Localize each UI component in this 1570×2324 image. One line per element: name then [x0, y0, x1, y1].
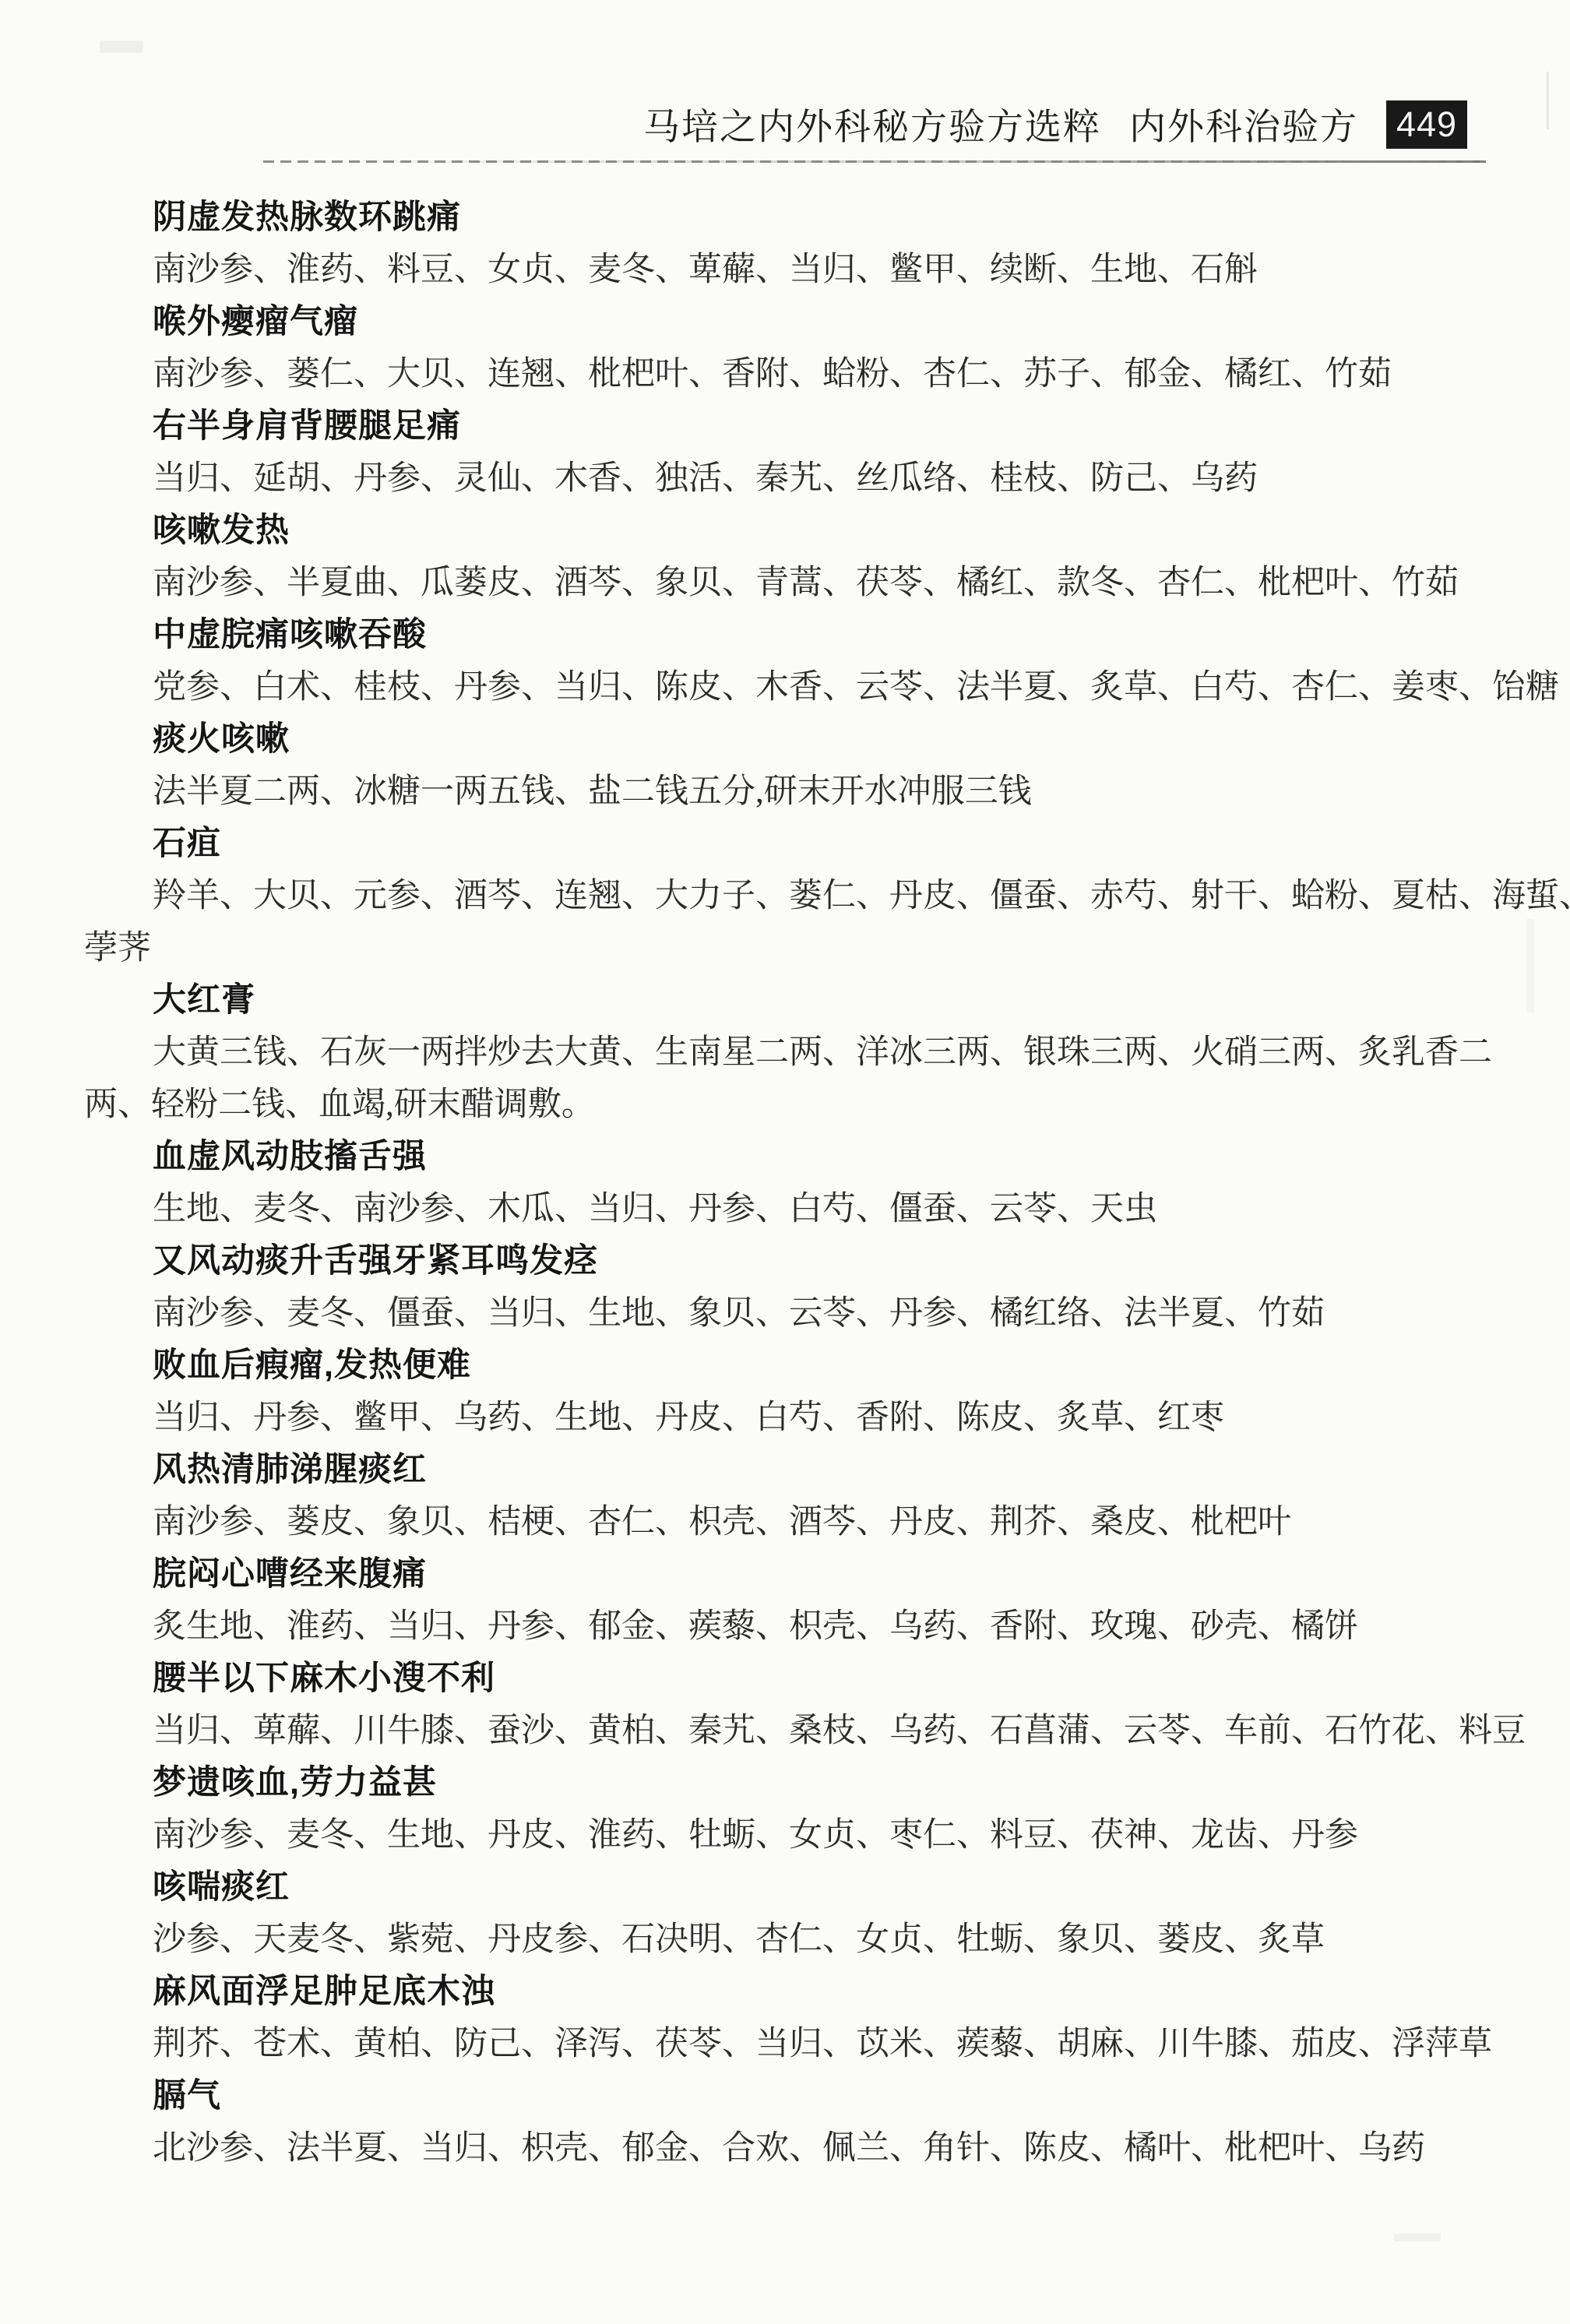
page-number-badge: 449: [1386, 100, 1467, 149]
recipe-section: 风热清肺涕腥痰红 南沙参、蒌皮、象贝、桔梗、杏仁、枳壳、酒芩、丹皮、荆芥、桑皮、…: [84, 1444, 1494, 1548]
ingredient-line: 南沙参、半夏曲、瓜蒌皮、酒芩、象贝、青蒿、茯苓、橘红、款冬、杏仁、枇杷叶、竹茹: [84, 557, 1494, 609]
recipe-section: 大红膏 大黄三钱、石灰一两拌炒去大黄、生南星二两、洋冰三两、银珠三两、火硝三两、…: [84, 974, 1494, 1131]
ingredient-line: 当归、丹参、鳖甲、乌药、生地、丹皮、白芍、香附、陈皮、炙草、红枣: [84, 1392, 1494, 1444]
recipe-section: 右半身肩背腰腿足痛 当归、延胡、丹参、灵仙、木香、独活、秦艽、丝瓜络、桂枝、防己…: [84, 400, 1494, 505]
recipe-section: 败血后瘕瘤,发热便难 当归、丹参、鳖甲、乌药、生地、丹皮、白芍、香附、陈皮、炙草…: [84, 1340, 1494, 1444]
ingredient-line: 党参、白术、桂枝、丹参、当归、陈皮、木香、云苓、法半夏、炙草、白芍、杏仁、姜枣、…: [84, 661, 1494, 713]
ingredient-line: 南沙参、麦冬、生地、丹皮、淮药、牡蛎、女贞、枣仁、料豆、茯神、龙齿、丹参: [84, 1809, 1494, 1861]
recipe-heading: 风热清肺涕腥痰红: [84, 1444, 1494, 1496]
recipe-section: 中虚脘痛咳嗽吞酸 党参、白术、桂枝、丹参、当归、陈皮、木香、云苓、法半夏、炙草、…: [84, 609, 1494, 713]
recipe-heading: 右半身肩背腰腿足痛: [84, 400, 1494, 452]
page-header: 马培之内外科秘方验方选粹 内外科治验方 449: [0, 98, 1467, 150]
ingredient-line: 当归、萆薢、川牛膝、蚕沙、黄柏、秦艽、桑枝、乌药、石菖蒲、云苓、车前、石竹花、料…: [84, 1705, 1494, 1757]
ingredient-line: 炙生地、淮药、当归、丹参、郁金、蒺藜、枳壳、乌药、香附、玫瑰、砂壳、橘饼: [84, 1600, 1494, 1653]
ingredient-line: 当归、延胡、丹参、灵仙、木香、独活、秦艽、丝瓜络、桂枝、防己、乌药: [84, 452, 1494, 505]
recipe-section: 腰半以下麻木小溲不利 当归、萆薢、川牛膝、蚕沙、黄柏、秦艽、桑枝、乌药、石菖蒲、…: [84, 1653, 1494, 1757]
ingredient-line: 北沙参、法半夏、当归、枳壳、郁金、合欢、佩兰、角针、陈皮、橘叶、枇杷叶、乌药: [84, 2122, 1494, 2174]
recipe-heading: 败血后瘕瘤,发热便难: [84, 1340, 1494, 1392]
ingredient-line: 荆芥、苍术、黄柏、防己、泽泻、茯苓、当归、苡米、蒺藜、胡麻、川牛膝、茄皮、浮萍草: [84, 2018, 1494, 2070]
recipe-heading: 中虚脘痛咳嗽吞酸: [84, 609, 1494, 661]
recipe-heading: 阴虚发热脉数环跳痛: [84, 192, 1494, 244]
recipe-section: 又风动痰升舌强牙紧耳鸣发痉 南沙参、麦冬、僵蚕、当归、生地、象贝、云苓、丹参、橘…: [84, 1235, 1494, 1340]
scan-streak: [1547, 72, 1549, 129]
ingredient-line: 南沙参、麦冬、僵蚕、当归、生地、象贝、云苓、丹参、橘红络、法半夏、竹茹: [84, 1287, 1494, 1340]
ingredient-line: 南沙参、淮药、料豆、女贞、麦冬、萆薢、当归、鳖甲、续断、生地、石斛: [84, 244, 1494, 296]
ingredient-line: 生地、麦冬、南沙参、木瓜、当归、丹参、白芍、僵蚕、云苓、天虫: [84, 1183, 1494, 1235]
header-rule: [263, 160, 1486, 163]
scanned-book-page: { "header": { "book_title": "马培之内外科秘方验方选…: [0, 0, 1570, 2324]
recipe-section: 脘闷心嘈经来腹痛 炙生地、淮药、当归、丹参、郁金、蒺藜、枳壳、乌药、香附、玫瑰、…: [84, 1548, 1494, 1653]
page-body: 阴虚发热脉数环跳痛 南沙参、淮药、料豆、女贞、麦冬、萆薢、当归、鳖甲、续断、生地…: [84, 192, 1494, 2174]
recipe-section: 梦遗咳血,劳力益甚 南沙参、麦冬、生地、丹皮、淮药、牡蛎、女贞、枣仁、料豆、茯神…: [84, 1757, 1494, 1861]
ingredient-line-continuation: 两、轻粉二钱、血竭,研末醋调敷。: [84, 1079, 1494, 1131]
scan-smudge: [1526, 919, 1534, 1012]
recipe-section: 喉外瘿瘤气瘤 南沙参、蒌仁、大贝、连翘、枇杷叶、香附、蛤粉、杏仁、苏子、郁金、橘…: [84, 296, 1494, 400]
recipe-section: 血虚风动肢搐舌强 生地、麦冬、南沙参、木瓜、当归、丹参、白芍、僵蚕、云苓、天虫: [84, 1131, 1494, 1235]
recipe-heading: 膈气: [84, 2070, 1494, 2122]
scan-smudge: [100, 40, 143, 53]
recipe-section: 痰火咳嗽 法半夏二两、冰糖一两五钱、盐二钱五分,研末开水冲服三钱: [84, 713, 1494, 818]
recipe-heading: 又风动痰升舌强牙紧耳鸣发痉: [84, 1235, 1494, 1287]
recipe-section: 阴虚发热脉数环跳痛 南沙参、淮药、料豆、女贞、麦冬、萆薢、当归、鳖甲、续断、生地…: [84, 192, 1494, 296]
ingredient-line-continuation: 荸荠: [84, 922, 1494, 974]
recipe-heading: 大红膏: [84, 974, 1494, 1026]
ingredient-line: 大黄三钱、石灰一两拌炒去大黄、生南星二两、洋冰三两、银珠三两、火硝三两、炙乳香二: [84, 1026, 1494, 1079]
recipe-heading: 喉外瘿瘤气瘤: [84, 296, 1494, 348]
recipe-heading: 麻风面浮足肿足底木浊: [84, 1966, 1494, 2018]
header-book-title: 马培之内外科秘方验方选粹: [643, 98, 1101, 150]
recipe-section: 咳喘痰红 沙参、天麦冬、紫菀、丹皮参、石决明、杏仁、女贞、牡蛎、象贝、蒌皮、炙草: [84, 1861, 1494, 1966]
ingredient-line: 南沙参、蒌皮、象贝、桔梗、杏仁、枳壳、酒芩、丹皮、荆芥、桑皮、枇杷叶: [84, 1496, 1494, 1548]
ingredient-line: 沙参、天麦冬、紫菀、丹皮参、石决明、杏仁、女贞、牡蛎、象贝、蒌皮、炙草: [84, 1914, 1494, 1966]
recipe-heading: 石疽: [84, 818, 1494, 870]
recipe-section: 石疽 羚羊、大贝、元参、酒芩、连翘、大力子、蒌仁、丹皮、僵蚕、赤芍、射干、蛤粉、…: [84, 818, 1494, 974]
recipe-heading: 痰火咳嗽: [84, 713, 1494, 766]
ingredient-line: 法半夏二两、冰糖一两五钱、盐二钱五分,研末开水冲服三钱: [84, 766, 1494, 818]
recipe-section: 麻风面浮足肿足底木浊 荆芥、苍术、黄柏、防己、泽泻、茯苓、当归、苡米、蒺藜、胡麻…: [84, 1966, 1494, 2070]
recipe-heading: 腰半以下麻木小溲不利: [84, 1653, 1494, 1705]
recipe-heading: 咳喘痰红: [84, 1861, 1494, 1914]
ingredient-line: 羚羊、大贝、元参、酒芩、连翘、大力子、蒌仁、丹皮、僵蚕、赤芍、射干、蛤粉、夏枯、…: [84, 870, 1494, 922]
header-section-title: 内外科治验方: [1129, 98, 1358, 150]
recipe-section: 咳嗽发热 南沙参、半夏曲、瓜蒌皮、酒芩、象贝、青蒿、茯苓、橘红、款冬、杏仁、枇杷…: [84, 505, 1494, 609]
scan-smudge: [1394, 2234, 1441, 2241]
recipe-section: 膈气 北沙参、法半夏、当归、枳壳、郁金、合欢、佩兰、角针、陈皮、橘叶、枇杷叶、乌…: [84, 2070, 1494, 2174]
recipe-heading: 咳嗽发热: [84, 505, 1494, 557]
recipe-heading: 脘闷心嘈经来腹痛: [84, 1548, 1494, 1600]
recipe-heading: 血虚风动肢搐舌强: [84, 1131, 1494, 1183]
ingredient-line: 南沙参、蒌仁、大贝、连翘、枇杷叶、香附、蛤粉、杏仁、苏子、郁金、橘红、竹茹: [84, 348, 1494, 400]
recipe-heading: 梦遗咳血,劳力益甚: [84, 1757, 1494, 1809]
